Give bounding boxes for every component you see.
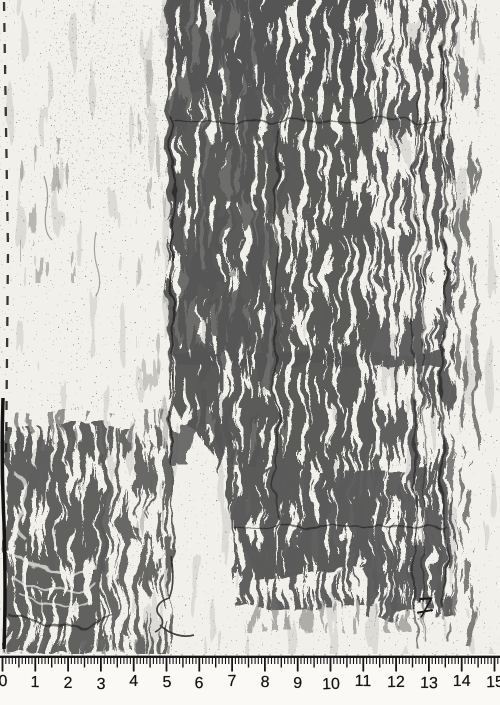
ruler-number: 8 bbox=[260, 673, 269, 691]
ruler-number: 1 bbox=[31, 673, 40, 691]
measurement-ruler: 0123456789101112131415 bbox=[0, 654, 500, 705]
handwritten-annotation: 7 bbox=[415, 594, 447, 628]
rubbing-texture-layer bbox=[0, 0, 500, 660]
ruler-number: 10 bbox=[321, 675, 339, 693]
ruler-number: 12 bbox=[387, 674, 405, 692]
ruler-number: 4 bbox=[129, 673, 138, 691]
ruler-number: 11 bbox=[355, 673, 372, 691]
ruler-number: 13 bbox=[420, 675, 438, 693]
ruler-number: 15 bbox=[485, 673, 500, 691]
ruler-number: 5 bbox=[162, 674, 171, 692]
ruler-number: 6 bbox=[195, 675, 204, 693]
ruler-number: 0 bbox=[0, 672, 7, 690]
ruler-number: 14 bbox=[453, 673, 471, 691]
ruler-number: 3 bbox=[96, 675, 105, 693]
ruler-number: 2 bbox=[64, 674, 73, 692]
scanned-rubbing-page: 7 0123456789101112131415 bbox=[0, 0, 500, 705]
ruler-number: 9 bbox=[293, 675, 302, 693]
ruler-number: 7 bbox=[228, 672, 237, 690]
secondary-rubbing-block bbox=[6, 412, 172, 656]
